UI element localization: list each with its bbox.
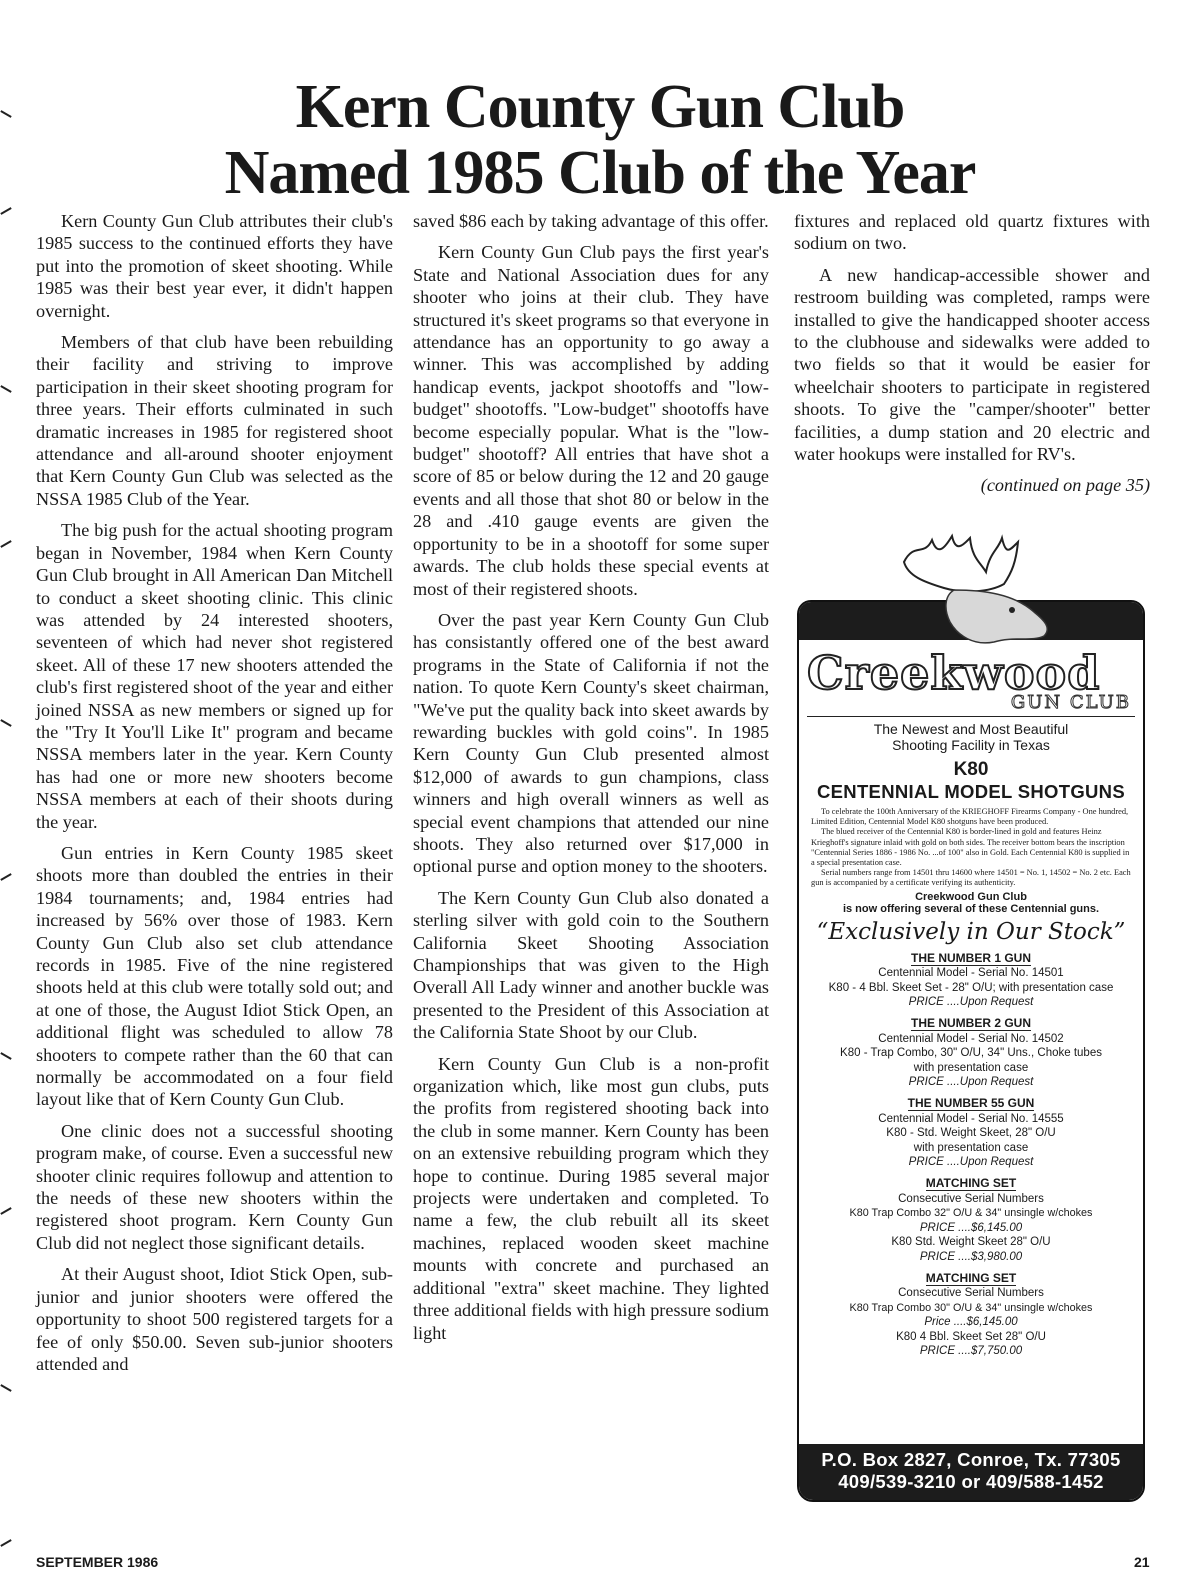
issue-date: SEPTEMBER 1986: [36, 1554, 158, 1570]
tagline: The Newest and Most Beautiful Shooting F…: [799, 721, 1143, 753]
paragraph: Gun entries in Kern County 1985 skeet sh…: [36, 842, 393, 1111]
page-number: 21: [1134, 1554, 1150, 1570]
paragraph: Members of that club have been rebuildin…: [36, 331, 393, 510]
margin-tick: [0, 540, 11, 548]
margin-tick: [0, 1207, 11, 1215]
listing-line: Centennial Model - Serial No. 14555: [799, 1112, 1143, 1127]
matching-set-1: MATCHING SET Consecutive Serial Numbers …: [799, 1176, 1143, 1265]
paragraph: Kern County Gun Club pays the first year…: [413, 241, 769, 600]
gun-listing-55: THE NUMBER 55 GUN Centennial Model - Ser…: [799, 1096, 1143, 1170]
headline-line-2: Named 1985 Club of the Year: [0, 140, 1200, 206]
logo-subtitle: GUN CLUB: [1011, 692, 1131, 713]
ad-contact-bar: P.O. Box 2827, Conroe, Tx. 77305 409/539…: [799, 1444, 1143, 1500]
listing-price: PRICE ....$3,980.00: [799, 1250, 1143, 1265]
ad-headline: CENTENNIAL MODEL SHOTGUNS: [799, 781, 1143, 803]
listing-title: THE NUMBER 1 GUN: [911, 951, 1031, 966]
tagline-line-2: Shooting Facility in Texas: [799, 737, 1143, 753]
fine-print-paragraph: Serial numbers range from 14501 thru 146…: [811, 868, 1131, 888]
paragraph: Kern County Gun Club is a non-profit org…: [413, 1053, 769, 1344]
listing-line: K80 - Trap Combo, 30" O/U, 34" Uns., Cho…: [799, 1046, 1143, 1061]
fine-print-paragraph: To celebrate the 100th Anniversary of th…: [811, 807, 1131, 827]
paragraph: fixtures and replaced old quartz fixture…: [794, 210, 1150, 255]
listing-line: Consecutive Serial Numbers: [799, 1286, 1143, 1301]
divider: [807, 716, 1135, 717]
listing-title: THE NUMBER 55 GUN: [908, 1096, 1035, 1111]
article-column-2: saved $86 each by taking advantage of th…: [413, 210, 769, 1353]
listing-line: K80 4 Bbl. Skeet Set 28" O/U: [799, 1330, 1143, 1345]
gun-listing-1: THE NUMBER 1 GUN Centennial Model - Seri…: [799, 951, 1143, 1010]
margin-tick: [0, 1539, 11, 1547]
margin-tick: [0, 719, 11, 727]
paragraph: The Kern County Gun Club also donated a …: [413, 887, 769, 1044]
listing-line: Centennial Model - Serial No. 14501: [799, 966, 1143, 981]
fine-print: To celebrate the 100th Anniversary of th…: [799, 803, 1143, 889]
ad-address: P.O. Box 2827, Conroe, Tx. 77305: [799, 1449, 1143, 1471]
margin-tick: [0, 1384, 11, 1392]
ad-phone-numbers: 409/539-3210 or 409/588-1452: [799, 1471, 1143, 1493]
continued-note: (continued on page 35): [794, 474, 1150, 496]
paragraph: A new handicap-accessible shower and res…: [794, 264, 1150, 466]
paragraph: saved $86 each by taking advantage of th…: [413, 210, 769, 232]
creekwood-logo: Creekwood GUN CLUB: [799, 644, 1143, 716]
listing-line: with presentation case: [799, 1061, 1143, 1076]
tagline-line-1: The Newest and Most Beautiful: [799, 721, 1143, 737]
listing-line: K80 Trap Combo 30" O/U & 34" unsingle w/…: [799, 1301, 1143, 1316]
article-column-3: fixtures and replaced old quartz fixture…: [794, 210, 1150, 497]
listing-title: MATCHING SET: [926, 1176, 1016, 1191]
listing-price: PRICE ....$6,145.00: [799, 1221, 1143, 1236]
offer-line-1: Creekwood Gun Club: [799, 891, 1143, 903]
listing-line: Centennial Model - Serial No. 14502: [799, 1032, 1143, 1047]
listing-line: Consecutive Serial Numbers: [799, 1192, 1143, 1207]
matching-set-2: MATCHING SET Consecutive Serial Numbers …: [799, 1271, 1143, 1360]
listing-line: K80 - Std. Weight Skeet, 28" O/U: [799, 1126, 1143, 1141]
fine-print-paragraph: The blued receiver of the Centennial K80…: [811, 827, 1131, 868]
gun-listing-2: THE NUMBER 2 GUN Centennial Model - Seri…: [799, 1016, 1143, 1090]
listing-line: K80 - 4 Bbl. Skeet Set - 28" O/U; with p…: [799, 981, 1143, 996]
margin-tick: [0, 1052, 11, 1060]
listing-line: K80 Std. Weight Skeet 28" O/U: [799, 1235, 1143, 1250]
paragraph: Kern County Gun Club attributes their cl…: [36, 210, 393, 322]
headline-line-1: Kern County Gun Club: [0, 74, 1200, 140]
listing-price: PRICE ....Upon Request: [799, 1075, 1143, 1090]
listing-price: PRICE ....$7,750.00: [799, 1344, 1143, 1359]
listing-price: PRICE ....Upon Request: [799, 1155, 1143, 1170]
listing-line: K80 Trap Combo 32" O/U & 34" unsingle w/…: [799, 1206, 1143, 1221]
margin-tick: [0, 385, 11, 393]
listing-price: Price ....$6,145.00: [799, 1315, 1143, 1330]
margin-tick: [0, 207, 11, 215]
offer-text: Creekwood Gun Club is now offering sever…: [799, 891, 1143, 915]
paragraph: At their August shoot, Idiot Stick Open,…: [36, 1263, 393, 1375]
margin-tick: [0, 873, 11, 881]
exclusive-script: “Exclusively in Our Stock”: [799, 919, 1143, 945]
listing-line: with presentation case: [799, 1141, 1143, 1156]
model-name: K80: [799, 759, 1143, 781]
listing-price: PRICE ....Upon Request: [799, 995, 1143, 1010]
paragraph: Over the past year Kern County Gun Club …: [413, 609, 769, 878]
offer-line-2: is now offering several of these Centenn…: [799, 903, 1143, 915]
paragraph: The big push for the actual shooting pro…: [36, 519, 393, 833]
creekwood-advertisement: Creekwood GUN CLUB The Newest and Most B…: [797, 600, 1145, 1502]
listing-title: MATCHING SET: [926, 1271, 1016, 1286]
paragraph: One clinic does not a successful shootin…: [36, 1120, 393, 1254]
listing-title: THE NUMBER 2 GUN: [911, 1016, 1031, 1031]
article-column-1: Kern County Gun Club attributes their cl…: [36, 210, 393, 1384]
